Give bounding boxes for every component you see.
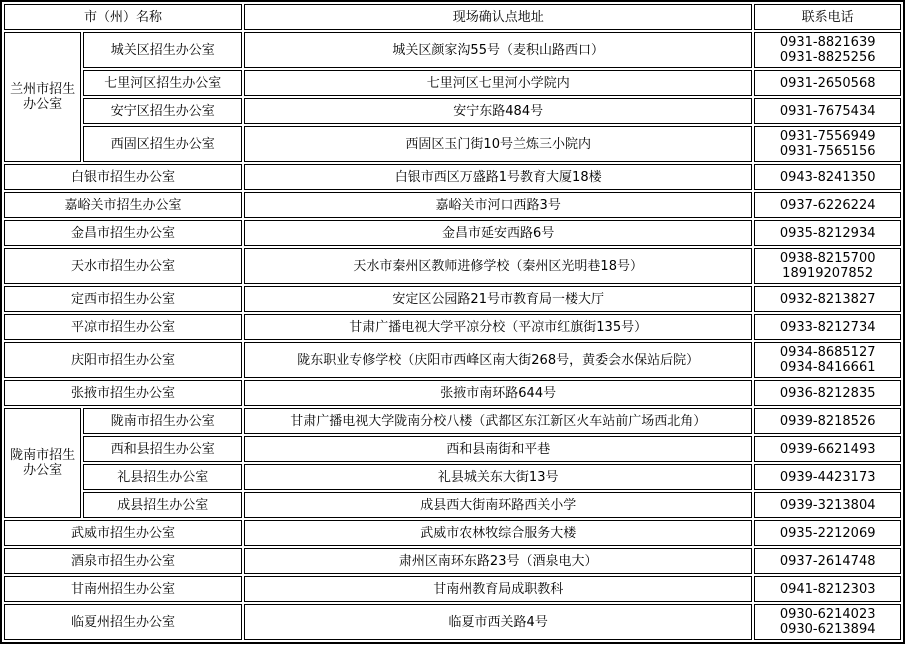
header-city-name: 市（州）名称 [4,4,242,30]
address-cell: 安定区公园路21号市教育局一楼大厅 [244,286,752,312]
table-row: 酒泉市招生办公室 肃州区南环东路23号（酒泉电大） 0937-2614748 [4,548,901,574]
address-cell: 临夏市西关路4号 [244,604,752,640]
office-name-cell: 陇南市招生办公室 [83,408,242,434]
table-row: 张掖市招生办公室 张掖市南环路644号 0936-8212835 [4,380,901,406]
table-row: 白银市招生办公室 白银市西区万盛路1号教育大厦18楼 0943-8241350 [4,164,901,190]
table-row: 陇南市招生办公室 陇南市招生办公室 甘肃广播电视大学陇南分校八楼（武都区东江新区… [4,408,901,434]
address-cell: 成县西大街南环路西关小学 [244,492,752,518]
table-row: 礼县招生办公室 礼县城关东大街13号 0939-4423173 [4,464,901,490]
phone-cell: 0939-4423173 [754,464,901,490]
phone-cell: 0931-7556949 0931-7565156 [754,126,901,162]
phone-cell: 0938-8215700 18919207852 [754,248,901,284]
table-row: 定西市招生办公室 安定区公园路21号市教育局一楼大厅 0932-8213827 [4,286,901,312]
page: 市（州）名称 现场确认点地址 联系电话 兰州市招生办公室 城关区招生办公室 城关… [0,0,907,647]
phone-cell: 0939-3213804 [754,492,901,518]
table-row: 兰州市招生办公室 城关区招生办公室 城关区颜家沟55号（麦积山路西口） 0931… [4,32,901,68]
group-cell-lanzhou: 兰州市招生办公室 [4,32,81,162]
address-cell: 白银市西区万盛路1号教育大厦18楼 [244,164,752,190]
office-name-cell: 平凉市招生办公室 [4,314,242,340]
office-name-cell: 嘉峪关市招生办公室 [4,192,242,218]
phone-cell: 0930-6214023 0930-6213894 [754,604,901,640]
address-cell: 金昌市延安西路6号 [244,220,752,246]
group-cell-longnan: 陇南市招生办公室 [4,408,81,518]
office-name-cell: 礼县招生办公室 [83,464,242,490]
office-name-cell: 安宁区招生办公室 [83,98,242,124]
address-cell: 礼县城关东大街13号 [244,464,752,490]
phone-cell: 0934-8685127 0934-8416661 [754,342,901,378]
phone-cell: 0931-2650568 [754,70,901,96]
confirmation-points-table: 市（州）名称 现场确认点地址 联系电话 兰州市招生办公室 城关区招生办公室 城关… [0,0,905,644]
table-row: 七里河区招生办公室 七里河区七里河小学院内 0931-2650568 [4,70,901,96]
office-name-cell: 酒泉市招生办公室 [4,548,242,574]
address-cell: 甘肃广播电视大学平凉分校（平凉市红旗街135号） [244,314,752,340]
address-cell: 天水市秦州区教师进修学校（秦州区光明巷18号） [244,248,752,284]
address-cell: 嘉峪关市河口西路3号 [244,192,752,218]
address-cell: 西固区玉门街10号兰炼三小院内 [244,126,752,162]
phone-cell: 0932-8213827 [754,286,901,312]
table-row: 安宁区招生办公室 安宁东路484号 0931-7675434 [4,98,901,124]
address-cell: 肃州区南环东路23号（酒泉电大） [244,548,752,574]
table-row: 嘉峪关市招生办公室 嘉峪关市河口西路3号 0937-6226224 [4,192,901,218]
phone-cell: 0943-8241350 [754,164,901,190]
office-name-cell: 武威市招生办公室 [4,520,242,546]
header-address: 现场确认点地址 [244,4,752,30]
phone-cell: 0941-8212303 [754,576,901,602]
table-row: 成县招生办公室 成县西大街南环路西关小学 0939-3213804 [4,492,901,518]
office-name-cell: 天水市招生办公室 [4,248,242,284]
table-row: 西和县招生办公室 西和县南街和平巷 0939-6621493 [4,436,901,462]
table-row: 临夏州招生办公室 临夏市西关路4号 0930-6214023 0930-6213… [4,604,901,640]
address-cell: 安宁东路484号 [244,98,752,124]
phone-cell: 0939-8218526 [754,408,901,434]
table-row: 天水市招生办公室 天水市秦州区教师进修学校（秦州区光明巷18号） 0938-82… [4,248,901,284]
table-row: 武威市招生办公室 武威市农林牧综合服务大楼 0935-2212069 [4,520,901,546]
address-cell: 七里河区七里河小学院内 [244,70,752,96]
phone-cell: 0939-6621493 [754,436,901,462]
office-name-cell: 七里河区招生办公室 [83,70,242,96]
table-row: 平凉市招生办公室 甘肃广播电视大学平凉分校（平凉市红旗街135号） 0933-8… [4,314,901,340]
office-name-cell: 庆阳市招生办公室 [4,342,242,378]
office-name-cell: 西固区招生办公室 [83,126,242,162]
address-cell: 张掖市南环路644号 [244,380,752,406]
table-header-row: 市（州）名称 现场确认点地址 联系电话 [4,4,901,30]
table-row: 西固区招生办公室 西固区玉门街10号兰炼三小院内 0931-7556949 09… [4,126,901,162]
address-cell: 西和县南街和平巷 [244,436,752,462]
phone-cell: 0935-8212934 [754,220,901,246]
office-name-cell: 张掖市招生办公室 [4,380,242,406]
office-name-cell: 成县招生办公室 [83,492,242,518]
table-row: 庆阳市招生办公室 陇东职业专修学校（庆阳市西峰区南大街268号，黄委会水保站后院… [4,342,901,378]
office-name-cell: 临夏州招生办公室 [4,604,242,640]
phone-cell: 0931-8821639 0931-8825256 [754,32,901,68]
address-cell: 城关区颜家沟55号（麦积山路西口） [244,32,752,68]
phone-cell: 0937-2614748 [754,548,901,574]
address-cell: 武威市农林牧综合服务大楼 [244,520,752,546]
office-name-cell: 西和县招生办公室 [83,436,242,462]
office-name-cell: 甘南州招生办公室 [4,576,242,602]
address-cell: 甘肃广播电视大学陇南分校八楼（武都区东江新区火车站前广场西北角） [244,408,752,434]
table-row: 甘南州招生办公室 甘南州教育局成职教科 0941-8212303 [4,576,901,602]
address-cell: 陇东职业专修学校（庆阳市西峰区南大街268号，黄委会水保站后院） [244,342,752,378]
phone-cell: 0935-2212069 [754,520,901,546]
table-row: 金昌市招生办公室 金昌市延安西路6号 0935-8212934 [4,220,901,246]
office-name-cell: 城关区招生办公室 [83,32,242,68]
phone-cell: 0933-8212734 [754,314,901,340]
phone-cell: 0931-7675434 [754,98,901,124]
phone-cell: 0936-8212835 [754,380,901,406]
office-name-cell: 定西市招生办公室 [4,286,242,312]
address-cell: 甘南州教育局成职教科 [244,576,752,602]
header-phone: 联系电话 [754,4,901,30]
office-name-cell: 金昌市招生办公室 [4,220,242,246]
office-name-cell: 白银市招生办公室 [4,164,242,190]
phone-cell: 0937-6226224 [754,192,901,218]
